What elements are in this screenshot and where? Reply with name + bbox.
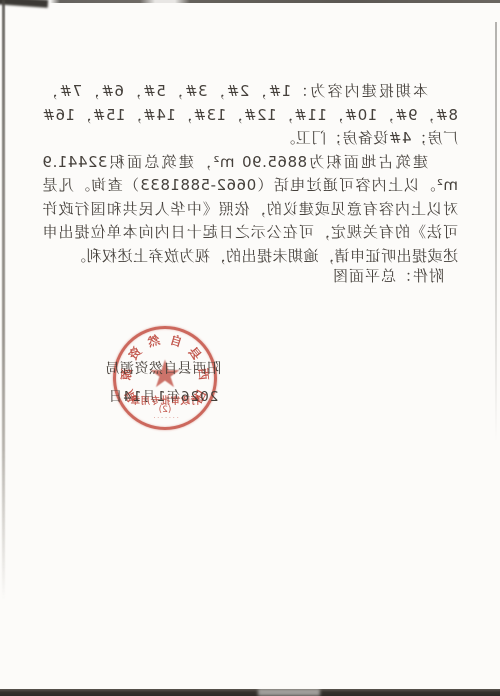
paragraph-buildings: 本期报建内容为：1#，2#，3#，5#，6#，7#，8#，9#，10#，11#，… bbox=[42, 80, 458, 151]
seal-serial-microtext: ······· bbox=[113, 415, 217, 422]
attachment-line: 附件：总平面图 bbox=[332, 265, 444, 286]
scan-edge-top bbox=[0, 0, 500, 3]
scan-edge-right bbox=[495, 22, 497, 442]
mirrored-content: 本期报建内容为：1#，2#，3#，5#，6#，7#，8#，9#，10#，11#，… bbox=[0, 0, 500, 696]
seal-arc-char: 自 bbox=[168, 331, 184, 351]
scan-edge-bottom bbox=[0, 689, 500, 696]
agency-name: 阳西县自然资源局 bbox=[104, 358, 222, 378]
scan-edge-bottom-gap bbox=[258, 689, 320, 696]
signature-date: 2026年1月14日 bbox=[104, 385, 222, 405]
paragraph-area-and-notice: 建筑占地面积为8865.90 m²，建筑总面积32441.9 m²。以上内容可通… bbox=[42, 151, 458, 269]
scan-edge-left bbox=[2, 0, 5, 600]
seal-number-text: (2) bbox=[113, 405, 217, 415]
signature-block: 阳西县自然资源局 2026年1月14日 bbox=[104, 358, 222, 405]
scanned-document-page: 本期报建内容为：1#，2#，3#，5#，6#，7#，8#，9#，10#，11#，… bbox=[0, 0, 500, 696]
seal-arc-char: 然 bbox=[145, 331, 161, 351]
document-body: 本期报建内容为：1#，2#，3#，5#，6#，7#，8#，9#，10#，11#，… bbox=[42, 80, 458, 268]
